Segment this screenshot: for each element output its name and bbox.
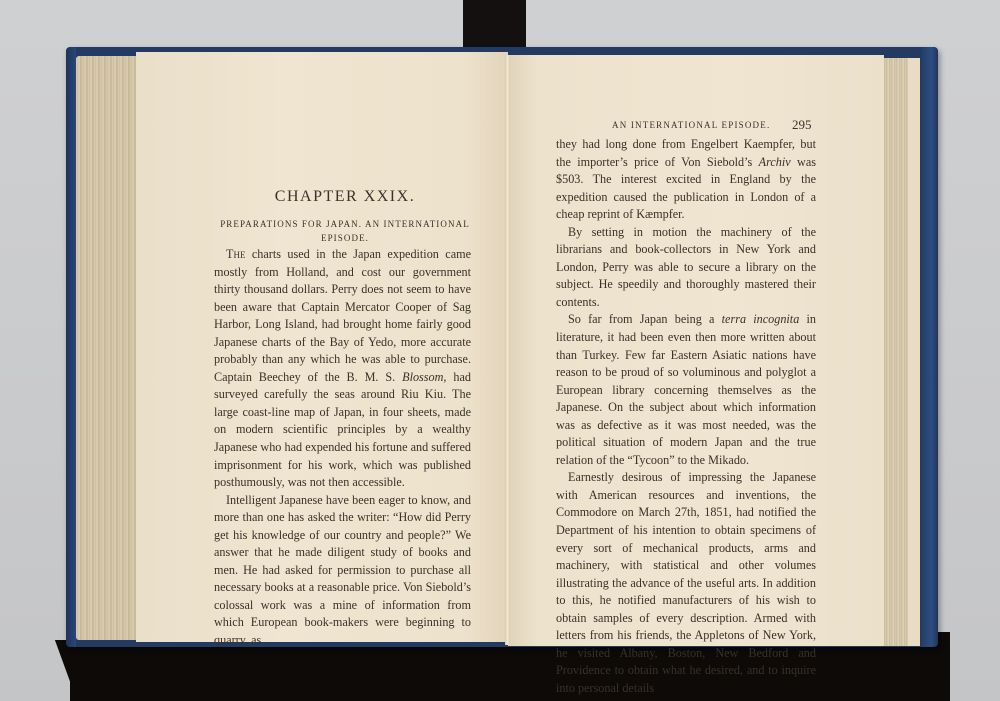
page-number: 295 [792,117,812,133]
paragraph-text: had surveyed carefully the seas around R… [214,370,471,489]
page-block-right-edge-inner [908,58,920,646]
italic-ship-name: Blossom, [402,370,446,384]
paragraph-text: Earnestly desirous of impressing the Jap… [556,470,816,695]
paragraph-text: So far from Japan being a [568,312,722,326]
paragraph: Earnestly desirous of impressing the Jap… [556,469,816,697]
drop-lead-word: The [226,247,245,261]
chapter-title: CHAPTER XXIX. [200,188,490,206]
paragraph: they had long done from Engelbert Kaempf… [556,136,816,224]
cover-left-edge [66,47,76,647]
chapter-subtitle: PREPARATIONS FOR JAPAN. AN INTERNATIONAL… [214,217,476,245]
paragraph: The charts used in the Japan expedition … [214,246,471,492]
paragraph: Intelligent Japanese have been eager to … [214,492,471,650]
bookmark-ribbon [463,0,526,52]
paragraph-text: in literature, it had been even then mor… [556,312,816,466]
paragraph-text: By setting in motion the machinery of th… [556,225,816,309]
paragraph-text: Intelligent Japanese have been eager to … [214,493,471,647]
running-head: AN INTERNATIONAL EPISODE. [612,120,770,130]
right-page-body: they had long done from Engelbert Kaempf… [556,136,816,698]
paragraph: By setting in motion the machinery of th… [556,224,816,312]
italic-phrase: terra incognita [722,312,800,326]
left-page-body: The charts used in the Japan expedition … [214,246,471,650]
page-block-left-edge [76,56,138,640]
cover-right-edge [922,47,938,647]
paragraph-text: charts used in the Japan expedition came… [214,247,471,384]
book-gutter [505,55,510,645]
paragraph: So far from Japan being a terra incognit… [556,311,816,469]
italic-title: Archiv [759,155,791,169]
